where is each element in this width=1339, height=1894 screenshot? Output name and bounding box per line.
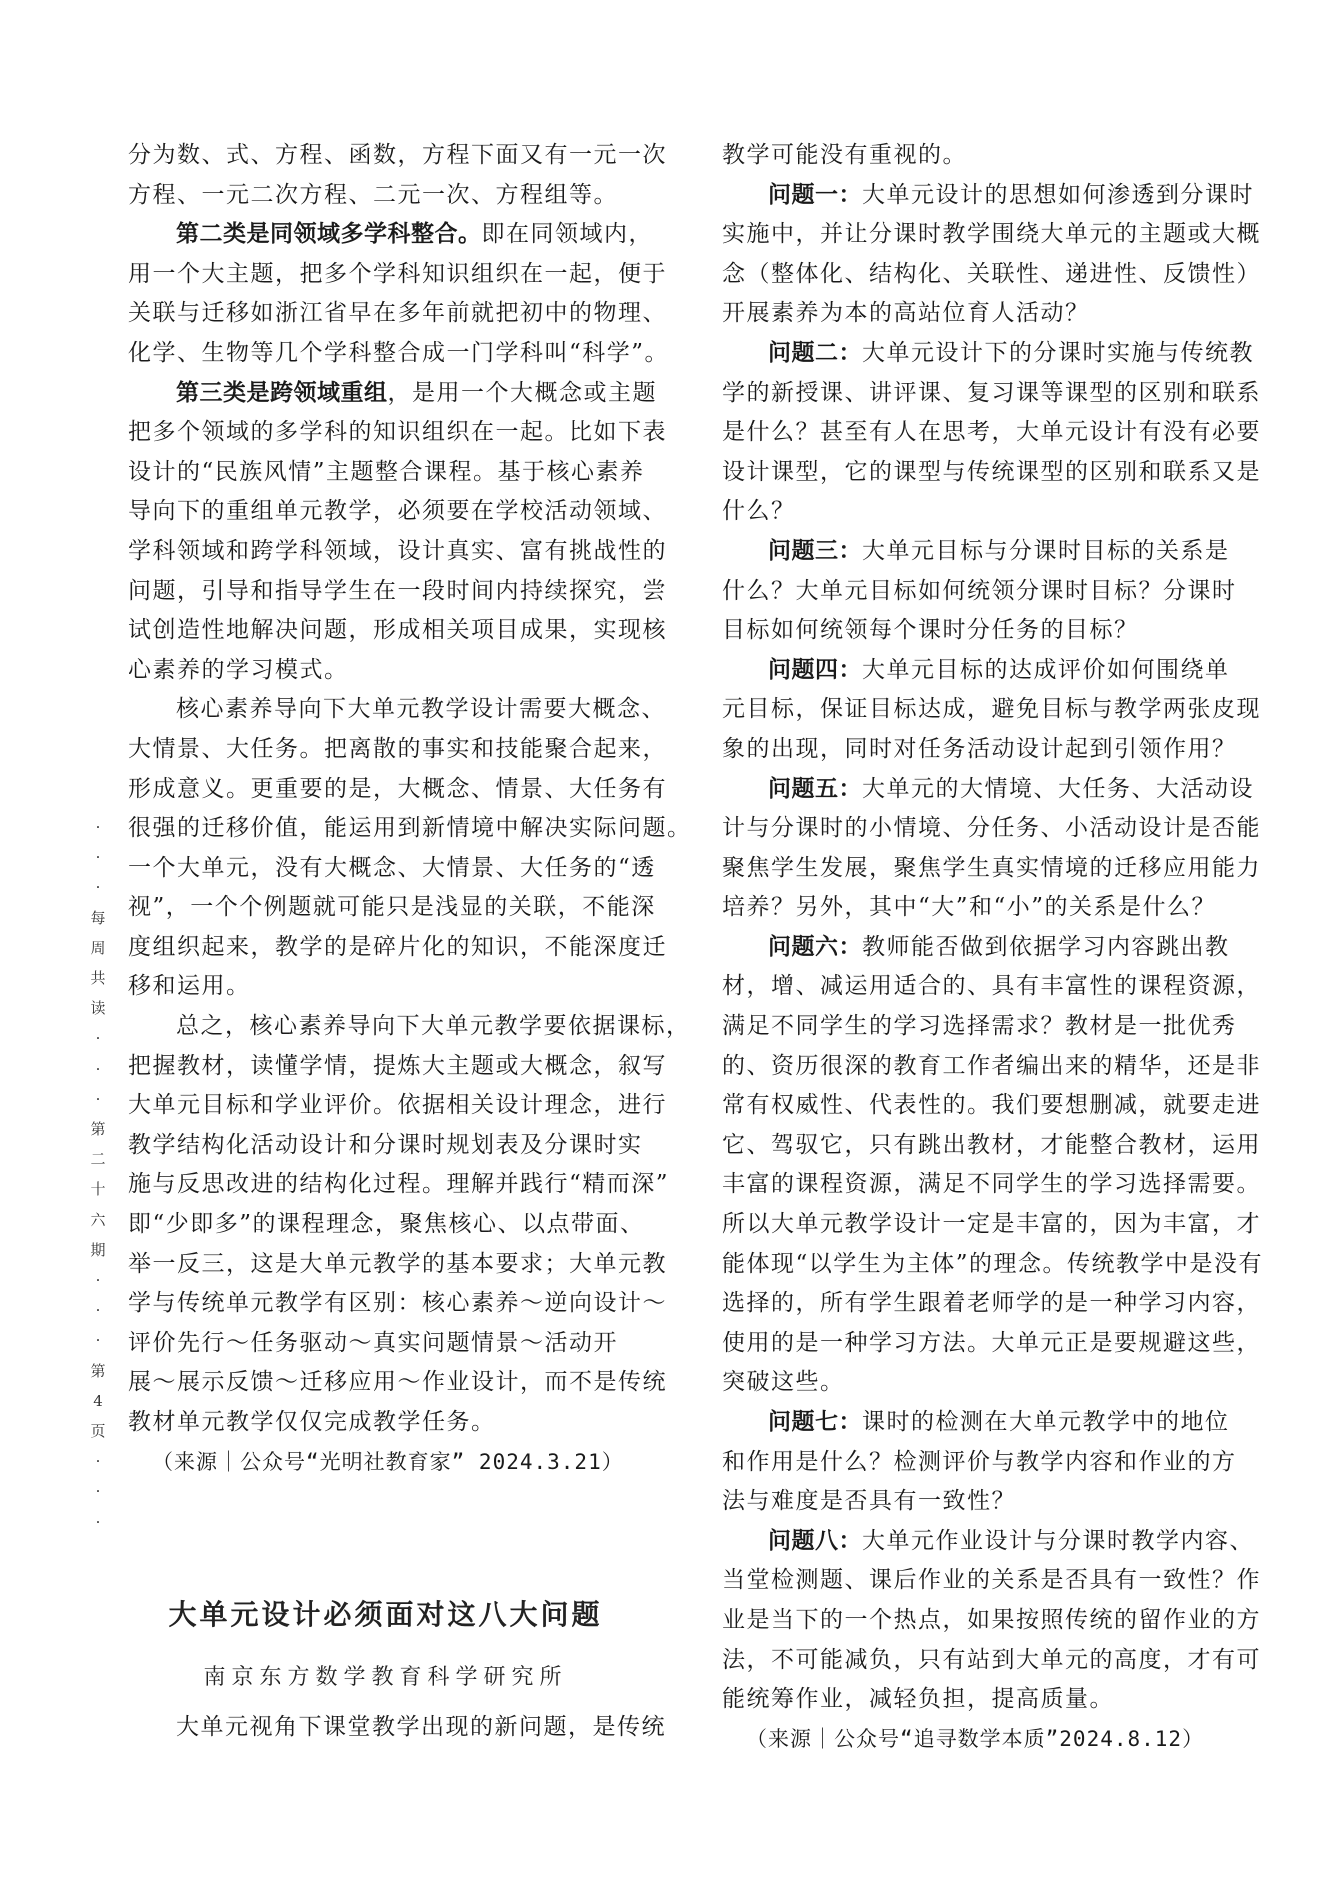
text-line: 一个大单元，没有大概念、大情景、大任务的“透 <box>128 849 643 889</box>
line-text: 问题，引导和指导学生在一段时间内持续探究，尝 <box>128 578 667 604</box>
text-line: 问题五：大单元的大情境、大任务、大活动设 <box>722 770 1202 810</box>
bold-heading: 问题七： <box>768 1409 862 1435</box>
left-column: 分为数、式、方程、函数，方程下面又有一元一次方程、一元二次方程、二元一次、方程组… <box>128 136 643 1482</box>
margin-char: 页 <box>86 1416 110 1446</box>
text-line: 很强的迁移价值，能运用到新情境中解决实际问题。 <box>128 809 643 849</box>
text-line: 展～展示反馈～迁移应用～作业设计，而不是传统 <box>128 1363 643 1403</box>
margin-char: 第 <box>86 1356 110 1386</box>
text-line: 业是当下的一个热点，如果按照传统的留作业的方 <box>722 1601 1202 1641</box>
text-line: 心素养的学习模式。 <box>128 651 643 691</box>
text-line: 常有权威性、代表性的。我们要想删减，就要走进 <box>722 1086 1202 1126</box>
line-text: 教材单元教学仅仅完成教学任务。 <box>128 1409 496 1435</box>
margin-issue-label: ···每周共读···第二十六期···第4页··· <box>86 812 110 1537</box>
line-text: 移和运用。 <box>128 973 251 999</box>
text-line: 问题，引导和指导学生在一段时间内持续探究，尝 <box>128 572 643 612</box>
text-line: 丰富的课程资源，满足不同学生的学习选择需要。 <box>722 1165 1202 1205</box>
line-text: 开展素养为本的高站位育人活动？ <box>722 300 1090 326</box>
dot-separator: · <box>86 872 110 902</box>
line-text: 大单元目标与分课时目标的关系是 <box>862 538 1230 564</box>
text-line: 举一反三，这是大单元教学的基本要求；大单元教 <box>128 1245 643 1285</box>
bold-heading: 问题一： <box>768 182 862 208</box>
source-citation: （来源｜公众号“光明社教育家” 2024.3.21） <box>128 1443 643 1483</box>
line-text: 分为数、式、方程、函数，方程下面又有一元一次 <box>128 142 667 168</box>
line-text: 能体现“以学生为主体”的理念。传统教学中是没有 <box>722 1251 1263 1277</box>
line-text: 满足不同学生的学习选择需求？教材是一批优秀 <box>722 1013 1237 1039</box>
article-organization: 南京东方数学教育科学研究所 <box>128 1660 643 1691</box>
line-text: 计与分课时的小情境、分任务、小活动设计是否能 <box>722 815 1261 841</box>
line-text: 用一个大主题，把多个学科知识组织在一起，便于 <box>128 261 667 287</box>
text-line: 选择的，所有学生跟着老师学的是一种学习内容， <box>722 1284 1202 1324</box>
line-text: 化学、生物等几个学科整合成一门学科叫“科学”。 <box>128 340 669 366</box>
dot-separator: · <box>86 812 110 842</box>
line-text: 法与难度是否具有一致性？ <box>722 1488 1016 1514</box>
text-line: 教学可能没有重视的。 <box>722 136 1202 176</box>
line-text: 很强的迁移价值，能运用到新情境中解决实际问题。 <box>128 815 692 841</box>
text-line: 培养？另外，其中“大”和“小”的关系是什么？ <box>722 888 1202 928</box>
line-text: 念（整体化、结构化、关联性、递进性、反馈性） <box>722 261 1261 287</box>
dot-separator: · <box>86 1507 110 1537</box>
line-text: 度组织起来，教学的是碎片化的知识，不能深度迁 <box>128 934 667 960</box>
text-line: 使用的是一种学习方法。大单元正是要规避这些， <box>722 1324 1202 1364</box>
text-line: 导向下的重组单元教学，必须要在学校活动领域、 <box>128 492 643 532</box>
line-text: 象的出现，同时对任务活动设计起到引领作用？ <box>722 736 1237 762</box>
text-line: 把多个领域的多学科的知识组织在一起。比如下表 <box>128 413 643 453</box>
text-line: 问题七：课时的检测在大单元教学中的地位 <box>722 1403 1202 1443</box>
dot-separator: · <box>86 1295 110 1325</box>
text-line: 把握教材，读懂学情，提炼大主题或大概念，叙写 <box>128 1047 643 1087</box>
bold-heading: 第三类是跨领域重组 <box>176 380 388 406</box>
text-line: 什么？ <box>722 492 1202 532</box>
text-line: 试创造性地解决问题，形成相关项目成果，实现核 <box>128 611 643 651</box>
text-line: 聚焦学生发展，聚焦学生真实情境的迁移应用能力 <box>722 849 1202 889</box>
text-line: 视”，一个个例题就可能只是浅显的关联，不能深 <box>128 888 643 928</box>
text-line: 实施中，并让分课时教学围绕大单元的主题或大概 <box>722 215 1202 255</box>
line-text: 法，不可能减负，只有站到大单元的高度，才有可 <box>722 1647 1261 1673</box>
line-text: 大情景、大任务。把离散的事实和技能聚合起来， <box>128 736 667 762</box>
text-line: 移和运用。 <box>128 967 643 1007</box>
text-line: 施与反思改进的结构化过程。理解并践行“精而深” <box>128 1165 643 1205</box>
line-text: 一个大单元，没有大概念、大情景、大任务的“透 <box>128 855 656 881</box>
text-line: 问题四：大单元目标的达成评价如何围绕单 <box>722 651 1202 691</box>
line-text: 元目标，保证目标达成，避免目标与教学两张皮现 <box>722 696 1261 722</box>
text-line: 问题二：大单元设计下的分课时实施与传统教 <box>722 334 1202 374</box>
line-text: 丰富的课程资源，满足不同学生的学习选择需要。 <box>722 1171 1261 1197</box>
line-text: 的、资历很深的教育工作者编出来的精华，还是非 <box>722 1053 1261 1079</box>
margin-char: 每 <box>86 903 110 933</box>
line-text: 能统筹作业，减轻负担，提高质量。 <box>722 1686 1114 1712</box>
text-line: 问题三：大单元目标与分课时目标的关系是 <box>722 532 1202 572</box>
dot-separator: · <box>86 1023 110 1053</box>
text-line: 方程、一元二次方程、二元一次、方程组等。 <box>128 176 643 216</box>
line-text: 关联与迁移如浙江省早在多年前就把初中的物理、 <box>128 300 667 326</box>
dot-separator: · <box>86 1476 110 1506</box>
text-line: 它、驾驭它，只有跳出教材，才能整合教材，运用 <box>722 1126 1202 1166</box>
line-text: 大单元的大情境、大任务、大活动设 <box>862 776 1254 802</box>
line-text: 把多个领域的多学科的知识组织在一起。比如下表 <box>128 419 667 445</box>
line-text: 核心素养导向下大单元教学设计需要大概念、 <box>176 696 666 722</box>
line-text: 培养？另外，其中“大”和“小”的关系是什么？ <box>722 894 1216 920</box>
line-text: 材，增、减运用适合的、具有丰富性的课程资源， <box>722 973 1261 999</box>
text-line: 即“少即多”的课程理念，聚焦核心、以点带面、 <box>128 1205 643 1245</box>
margin-char: 六 <box>86 1205 110 1235</box>
text-line: 教材单元教学仅仅完成教学任务。 <box>128 1403 643 1443</box>
text-line: 学的新授课、讲评课、复习课等课型的区别和联系 <box>722 374 1202 414</box>
text-line: 元目标，保证目标达成，避免目标与教学两张皮现 <box>722 690 1202 730</box>
line-text: 视”，一个个例题就可能只是浅显的关联，不能深 <box>128 894 656 920</box>
text-line: 所以大单元教学设计一定是丰富的，因为丰富，才 <box>722 1205 1202 1245</box>
line-text: 举一反三，这是大单元教学的基本要求；大单元教 <box>128 1251 667 1277</box>
bold-heading: 问题八： <box>768 1528 862 1554</box>
dot-separator: · <box>86 1054 110 1084</box>
text-line: 形成意义。更重要的是，大概念、情景、大任务有 <box>128 770 643 810</box>
text-line: 教学结构化活动设计和分课时规划表及分课时实 <box>128 1126 643 1166</box>
text-line: 设计的“民族风情”主题整合课程。基于核心素养 <box>128 453 643 493</box>
text-line: 突破这些。 <box>722 1363 1202 1403</box>
line-text: 课时的检测在大单元教学中的地位 <box>862 1409 1230 1435</box>
text-line: 法，不可能减负，只有站到大单元的高度，才有可 <box>722 1641 1202 1681</box>
text-line: 是什么？甚至有人在思考，大单元设计有没有必要 <box>722 413 1202 453</box>
text-line: 大情景、大任务。把离散的事实和技能聚合起来， <box>128 730 643 770</box>
bold-heading: 问题五： <box>768 776 862 802</box>
line-text: 大单元设计下的分课时实施与传统教 <box>862 340 1254 366</box>
bold-heading: 问题四： <box>768 657 862 683</box>
line-text: ，是用一个大概念或主题 <box>388 380 658 406</box>
text-line: 什么？大单元目标如何统领分课时目标？分课时 <box>722 572 1202 612</box>
text-line: 的、资历很深的教育工作者编出来的精华，还是非 <box>722 1047 1202 1087</box>
text-line: 度组织起来，教学的是碎片化的知识，不能深度迁 <box>128 928 643 968</box>
line-text: 即“少即多”的课程理念，聚焦核心、以点带面、 <box>128 1211 645 1237</box>
dot-separator: · <box>86 1084 110 1114</box>
line-text: 展～展示反馈～迁移应用～作业设计，而不是传统 <box>128 1369 667 1395</box>
text-line: 大单元目标和学业评价。依据相关设计理念，进行 <box>128 1086 643 1126</box>
line-text: 什么？ <box>722 498 796 524</box>
line-text: 选择的，所有学生跟着老师学的是一种学习内容， <box>722 1290 1261 1316</box>
text-line: 学与传统单元教学有区别：核心素养～逆向设计～ <box>128 1284 643 1324</box>
line-text: 它、驾驭它，只有跳出教材，才能整合教材，运用 <box>722 1132 1261 1158</box>
line-text: 设计的“民族风情”主题整合课程。基于核心素养 <box>128 459 645 485</box>
right-column: 教学可能没有重视的。问题一：大单元设计的思想如何渗透到分课时实施中，并让分课时教… <box>722 136 1202 1759</box>
line-text: 评价先行～任务驱动～真实问题情景～活动开 <box>128 1330 618 1356</box>
text-line: 分为数、式、方程、函数，方程下面又有一元一次 <box>128 136 643 176</box>
text-line: 用一个大主题，把多个学科知识组织在一起，便于 <box>128 255 643 295</box>
line-text: 目标如何统领每个课时分任务的目标？ <box>722 617 1139 643</box>
text-line: 能统筹作业，减轻负担，提高质量。 <box>722 1680 1202 1720</box>
text-line: 当堂检测题、课后作业的关系是否具有一致性？作 <box>722 1561 1202 1601</box>
margin-char: 4 <box>86 1386 110 1416</box>
text-line: 材，增、减运用适合的、具有丰富性的课程资源， <box>722 967 1202 1007</box>
text-line: 评价先行～任务驱动～真实问题情景～活动开 <box>128 1324 643 1364</box>
line-text: 教学结构化活动设计和分课时规划表及分课时实 <box>128 1132 643 1158</box>
text-line: 能体现“以学生为主体”的理念。传统教学中是没有 <box>722 1245 1202 1285</box>
text-line: 第三类是跨领域重组，是用一个大概念或主题 <box>128 374 643 414</box>
line-text: 聚焦学生发展，聚焦学生真实情境的迁移应用能力 <box>722 855 1261 881</box>
text-line: 问题八：大单元作业设计与分课时教学内容、 <box>722 1522 1202 1562</box>
dot-separator: · <box>86 842 110 872</box>
margin-char: 二 <box>86 1144 110 1174</box>
text-line: 和作用是什么？检测评价与教学内容和作业的方 <box>722 1443 1202 1483</box>
line-text: 学与传统单元教学有区别：核心素养～逆向设计～ <box>128 1290 667 1316</box>
bold-heading: 第二类是同领域多学科整合。 <box>176 221 482 247</box>
line-text: 教学可能没有重视的。 <box>722 142 967 168</box>
dot-separator: · <box>86 1325 110 1355</box>
text-line: 目标如何统领每个课时分任务的目标？ <box>722 611 1202 651</box>
line-text: 是什么？甚至有人在思考，大单元设计有没有必要 <box>722 419 1261 445</box>
source-citation: （来源｜公众号“追寻数学本质”2024.8.12） <box>722 1720 1202 1760</box>
margin-char: 读 <box>86 993 110 1023</box>
line-text: 什么？大单元目标如何统领分课时目标？分课时 <box>722 578 1237 604</box>
dot-separator: · <box>86 1265 110 1295</box>
line-text: 业是当下的一个热点，如果按照传统的留作业的方 <box>722 1607 1261 1633</box>
line-text: 形成意义。更重要的是，大概念、情景、大任务有 <box>128 776 667 802</box>
line-text: 常有权威性、代表性的。我们要想删减，就要走进 <box>722 1092 1261 1118</box>
line-text: 学的新授课、讲评课、复习课等课型的区别和联系 <box>722 380 1261 406</box>
line-text: 把握教材，读懂学情，提炼大主题或大概念，叙写 <box>128 1053 667 1079</box>
line-text: 大单元目标的达成评价如何围绕单 <box>862 657 1230 683</box>
text-line: 象的出现，同时对任务活动设计起到引领作用？ <box>722 730 1202 770</box>
line-text: 学科领域和跨学科领域，设计真实、富有挑战性的 <box>128 538 667 564</box>
text-line: 法与难度是否具有一致性？ <box>722 1482 1202 1522</box>
text-line: 问题一：大单元设计的思想如何渗透到分课时 <box>722 176 1202 216</box>
text-line: 学科领域和跨学科领域，设计真实、富有挑战性的 <box>128 532 643 572</box>
text-line: 念（整体化、结构化、关联性、递进性、反馈性） <box>722 255 1202 295</box>
margin-char: 期 <box>86 1235 110 1265</box>
line-text: 方程、一元二次方程、二元一次、方程组等。 <box>128 182 618 208</box>
dot-separator: · <box>86 1446 110 1476</box>
line-text: 突破这些。 <box>722 1369 845 1395</box>
text-line: 设计课型，它的课型与传统课型的区别和联系又是 <box>722 453 1202 493</box>
text-line: 满足不同学生的学习选择需求？教材是一批优秀 <box>722 1007 1202 1047</box>
line-text: 大单元设计的思想如何渗透到分课时 <box>862 182 1254 208</box>
text-line: 开展素养为本的高站位育人活动？ <box>722 294 1202 334</box>
margin-char: 周 <box>86 933 110 963</box>
text-line: 核心素养导向下大单元教学设计需要大概念、 <box>128 690 643 730</box>
text-line: 总之，核心素养导向下大单元教学要依据课标， <box>128 1007 643 1047</box>
margin-char: 十 <box>86 1174 110 1204</box>
text-line: 化学、生物等几个学科整合成一门学科叫“科学”。 <box>128 334 643 374</box>
line-text: 总之，核心素养导向下大单元教学要依据课标， <box>176 1013 691 1039</box>
text-line: 关联与迁移如浙江省早在多年前就把初中的物理、 <box>128 294 643 334</box>
line-text: 即在同领域内， <box>482 221 654 247</box>
bold-heading: 问题三： <box>768 538 862 564</box>
line-text: 设计课型，它的课型与传统课型的区别和联系又是 <box>722 459 1261 485</box>
line-text: 当堂检测题、课后作业的关系是否具有一致性？作 <box>722 1567 1261 1593</box>
line-text: 试创造性地解决问题，形成相关项目成果，实现核 <box>128 617 667 643</box>
article-lead-paragraph: 大单元视角下课堂教学出现的新问题，是传统 <box>176 1708 666 1748</box>
line-text: 大单元作业设计与分课时教学内容、 <box>862 1528 1254 1554</box>
line-text: 教师能否做到依据学习内容跳出教 <box>862 934 1230 960</box>
margin-char: 第 <box>86 1114 110 1144</box>
line-text: 心素养的学习模式。 <box>128 657 349 683</box>
text-line: 问题六：教师能否做到依据学习内容跳出教 <box>722 928 1202 968</box>
margin-char: 共 <box>86 963 110 993</box>
line-text: 导向下的重组单元教学，必须要在学校活动领域、 <box>128 498 667 524</box>
line-text: 施与反思改进的结构化过程。理解并践行“精而深” <box>128 1171 669 1197</box>
line-text: 和作用是什么？检测评价与教学内容和作业的方 <box>722 1449 1237 1475</box>
line-text: 使用的是一种学习方法。大单元正是要规避这些， <box>722 1330 1261 1356</box>
text-line: 计与分课时的小情境、分任务、小活动设计是否能 <box>722 809 1202 849</box>
line-text: 实施中，并让分课时教学围绕大单元的主题或大概 <box>722 221 1261 247</box>
article-title: 大单元设计必须面对这八大问题 <box>128 1593 643 1633</box>
line-text: 所以大单元教学设计一定是丰富的，因为丰富，才 <box>722 1211 1261 1237</box>
bold-heading: 问题六： <box>768 934 862 960</box>
line-text: 大单元目标和学业评价。依据相关设计理念，进行 <box>128 1092 667 1118</box>
text-line: 第二类是同领域多学科整合。即在同领域内， <box>128 215 643 255</box>
bold-heading: 问题二： <box>768 340 862 366</box>
